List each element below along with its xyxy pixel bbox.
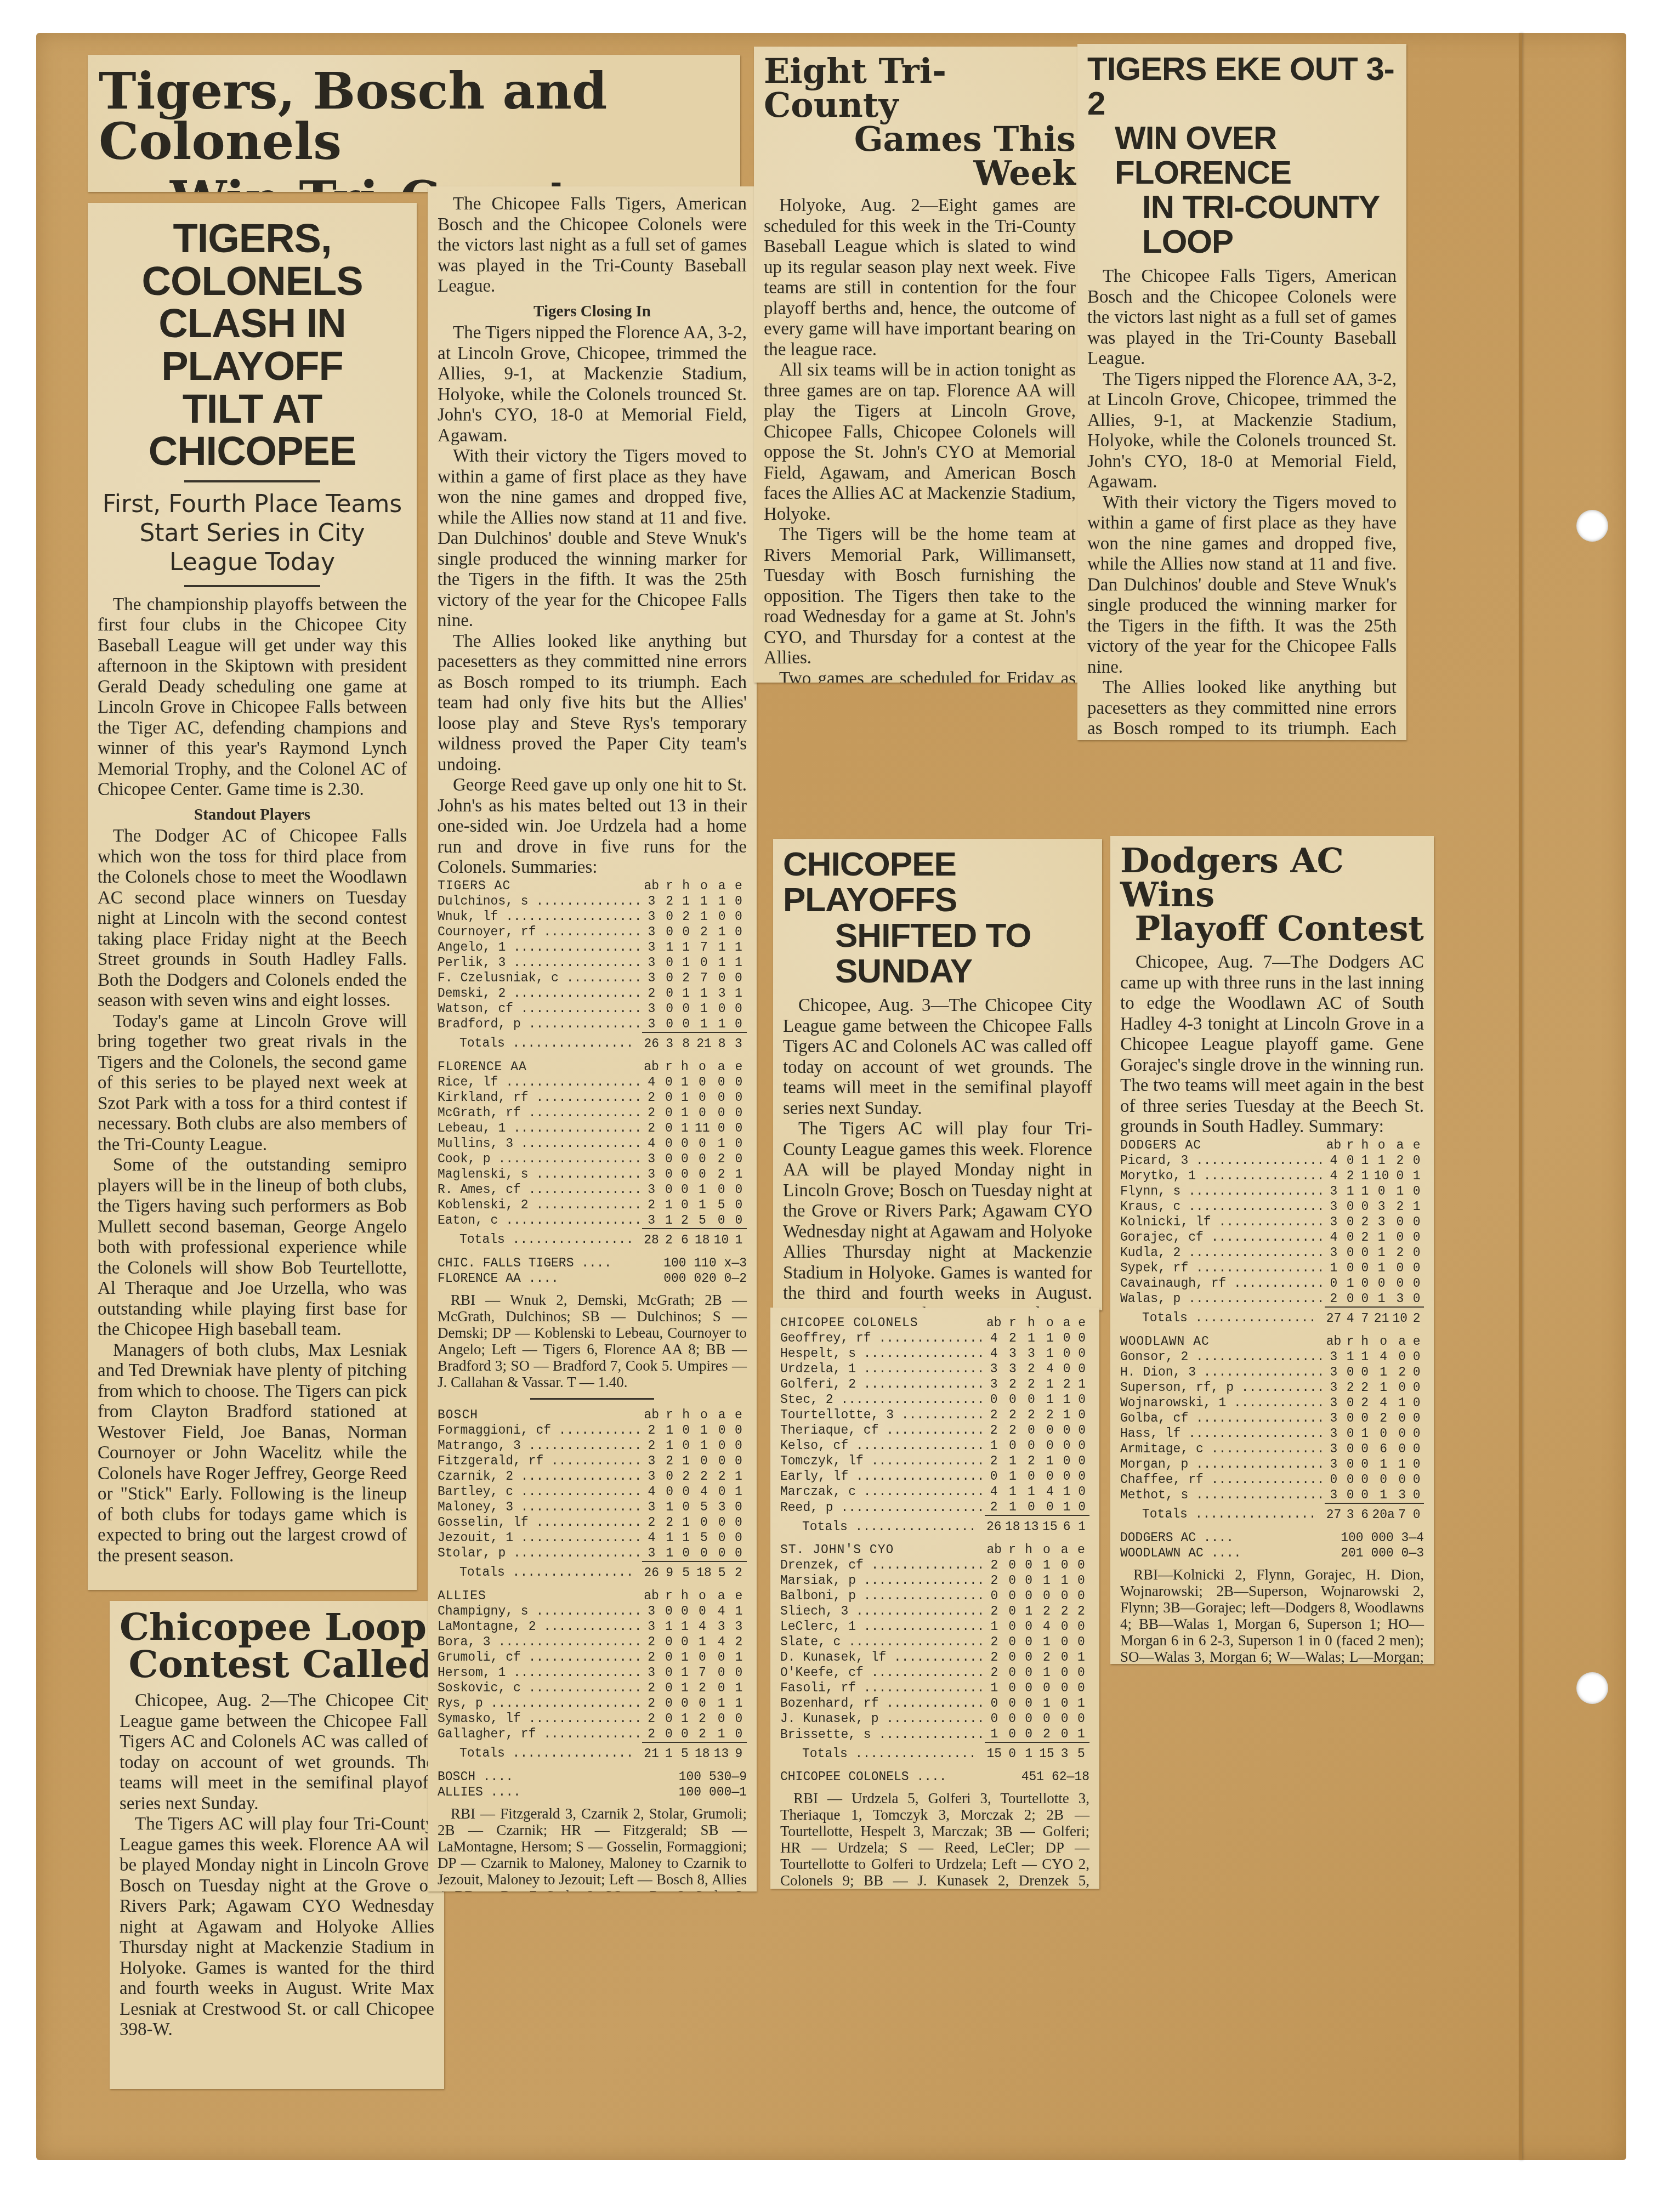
stat-value: 0 [1409, 1245, 1424, 1260]
paragraph: The Allies looked like anything but pace… [1087, 678, 1397, 740]
stat-value: 0 [661, 986, 678, 1001]
stat-value: 3 [1325, 1441, 1343, 1457]
stat-header: ab [1325, 1138, 1343, 1153]
player-row: Bradford, p ...............300110 [438, 1016, 747, 1032]
dodgers-headline-1: Dodgers AC Wins [1120, 844, 1424, 912]
stat-value: 2 [661, 1453, 678, 1469]
stat-value: 1 [1343, 1276, 1358, 1291]
line-score-team: CHIC. FALLS TIGERS .... [438, 1255, 611, 1271]
player-name: Armitage, c ............... [1120, 1441, 1325, 1457]
stat-header: a [1057, 1542, 1073, 1558]
stat-value: 0 [1074, 1499, 1089, 1515]
stat-value: 2 [985, 1407, 1003, 1423]
stat-value: 0 [712, 1711, 731, 1726]
stat-value: 0 [1409, 1184, 1424, 1199]
player-row: Sypek, rf .................100100 [1120, 1260, 1424, 1276]
player-name: F. Czelusniak, c .......... [438, 970, 642, 986]
player-row: Fasoli, rf ................100000 [780, 1680, 1089, 1696]
player-row: Rice, lf ..................401000 [438, 1075, 747, 1090]
stat-value: 0 [1057, 1665, 1073, 1680]
total-value: 27 [1325, 1503, 1343, 1522]
stat-value: 0 [1358, 1457, 1372, 1472]
stat-value: 1 [1059, 1392, 1074, 1407]
stat-value: 5 [694, 1499, 713, 1515]
stat-value: 0 [985, 1469, 1003, 1484]
player-row: Early, lf .................010000 [780, 1469, 1089, 1484]
stat-value: 1 [693, 1197, 712, 1213]
player-row: Fitzgerald, rf ............321000 [438, 1453, 747, 1469]
stat-value: 1 [1041, 1377, 1059, 1392]
stat-value: 0 [1409, 1291, 1424, 1307]
stat-value: 0 [985, 1588, 1004, 1604]
total-value: 10 [712, 1229, 731, 1248]
stat-value: 0 [1395, 1426, 1410, 1441]
stat-value: 0 [677, 1604, 693, 1619]
stat-value: 0 [714, 909, 730, 924]
stat-value: 2 [642, 1197, 661, 1213]
stat-value: 0 [1395, 1349, 1410, 1365]
player-row: Sliech, 3 .................201222 [780, 1604, 1089, 1619]
stat-value: 0 [1022, 1392, 1041, 1407]
stat-header: e [1409, 1334, 1424, 1349]
paragraph: Managers of both clubs, Max Lesniak and … [98, 1340, 407, 1567]
stat-value: 1 [661, 940, 678, 955]
stat-value: 2 [661, 894, 678, 909]
stat-value: 2 [985, 1423, 1003, 1438]
total-value: 6 [677, 1229, 693, 1248]
stat-header: o [1372, 1334, 1394, 1349]
stat-value: 4 [1372, 1395, 1394, 1411]
stat-value: 2 [1391, 1245, 1410, 1260]
player-name: Fitzgerald, rf ............ [438, 1453, 642, 1469]
stat-value: 7 [694, 970, 713, 986]
stat-value: 1 [731, 1650, 747, 1665]
stat-value: 0 [661, 1665, 677, 1680]
stat-value: 3 [642, 940, 661, 955]
stat-value: 0 [730, 1438, 747, 1453]
player-name: Bora, 3 ................... [438, 1634, 642, 1650]
stat-header: a [1059, 1315, 1074, 1331]
shifted-headline-1: CHICOPEE PLAYOFFS [783, 846, 1092, 918]
player-name: Maglenski, s .............. [438, 1167, 642, 1182]
stat-value: 0 [731, 1075, 747, 1090]
stat-value: 0 [1041, 1499, 1059, 1515]
stat-value: 1 [677, 1711, 693, 1726]
stat-value: 0 [1343, 1245, 1358, 1260]
player-name: LeClerc, 1 ................ [780, 1619, 985, 1634]
player-name: Flynn, s .................. [1120, 1184, 1325, 1199]
player-row: Champigny, s ..............300041 [438, 1604, 747, 1619]
stat-value: 0 [1073, 1558, 1089, 1573]
stat-value: 7 [694, 940, 713, 955]
stat-value: 1 [1372, 1153, 1391, 1168]
paragraph: With their victory the Tigers moved to w… [1087, 493, 1397, 678]
stat-value: 0 [661, 1711, 677, 1726]
stat-value: 0 [1391, 1214, 1410, 1230]
total-value: 0 [1409, 1503, 1424, 1522]
stat-value: 0 [1343, 1199, 1358, 1214]
stat-header: ab [642, 878, 661, 894]
stat-value: 1 [1372, 1260, 1391, 1276]
box-score-tigers-florence: TIGERS ACabrhoaeDulchinos, s ...........… [438, 878, 747, 1248]
player-row: Wnuk, lf ..................302100 [438, 909, 747, 924]
stat-value: 2 [1037, 1726, 1056, 1742]
stat-value: 2 [1358, 1380, 1372, 1395]
player-name: Theriaque, cf ............. [780, 1423, 985, 1438]
stat-value: 1 [693, 1182, 712, 1197]
stat-value: 1 [1003, 1453, 1022, 1469]
player-row: LaMontagne, 2 .............311433 [438, 1619, 747, 1634]
playoff-tilt-body: The championship playoffs between the fi… [98, 595, 407, 1567]
stat-value: 0 [985, 1711, 1004, 1726]
stat-value: 3 [642, 1182, 661, 1197]
paragraph: George Reed gave up only one hit to St. … [438, 775, 747, 878]
total-value: 5 [677, 1742, 693, 1762]
stat-value: 4 [1372, 1349, 1394, 1365]
player-name: Bartley, c ................ [438, 1484, 642, 1499]
stat-value: 2 [1358, 1230, 1372, 1245]
stat-value: 1 [1372, 1365, 1394, 1380]
team-name: WOODLAWN AC [1120, 1334, 1325, 1349]
stat-value: 6 [1372, 1441, 1394, 1457]
stat-value: 2 [985, 1650, 1004, 1665]
player-name: Superson, rf, p ........... [1120, 1380, 1325, 1395]
eke-out-headline-2: WIN OVER FLORENCE [1087, 121, 1397, 190]
stat-value: 0 [1358, 1276, 1372, 1291]
stat-value: 3 [642, 955, 661, 970]
playoff-tilt-headline-1: TIGERS, COLONELS [98, 217, 407, 302]
stat-value: 2 [1391, 1153, 1410, 1168]
stat-value: 1 [731, 1680, 747, 1696]
stat-value: 0 [1391, 1276, 1410, 1291]
stat-value: 1 [730, 955, 747, 970]
stat-value: 0 [1409, 1411, 1424, 1426]
stat-header: o [1372, 1138, 1391, 1153]
player-row: Cook, p ...................300020 [438, 1151, 747, 1167]
stat-value: 0 [677, 1696, 693, 1711]
player-name: Matrango, 3 ............... [438, 1438, 642, 1453]
stat-value: 1 [1037, 1696, 1056, 1711]
stat-value: 0 [1059, 1423, 1074, 1438]
stat-value: 0 [1358, 1245, 1372, 1260]
player-row: Kirkland, rf ..............201000 [438, 1090, 747, 1105]
player-row: Picard, 3 .................401120 [1120, 1153, 1424, 1168]
stat-value: 0 [1004, 1573, 1020, 1588]
player-name: Demski, 2 ................. [438, 986, 642, 1001]
stat-value: 1 [1391, 1184, 1410, 1199]
stat-value: 1 [1037, 1634, 1056, 1650]
stat-value: 2 [1343, 1168, 1358, 1184]
stat-value: 1 [730, 940, 747, 955]
stat-value: 1 [1395, 1457, 1410, 1472]
totals-label: Totals ................ [438, 1032, 642, 1052]
stat-value: 0 [714, 1001, 730, 1016]
player-row: O'Keefe, cf ...............200100 [780, 1665, 1089, 1680]
stat-value: 0 [661, 924, 678, 940]
stat-value: 2 [985, 1558, 1004, 1573]
stat-value: 0 [712, 1121, 731, 1136]
stat-header: e [1409, 1138, 1424, 1153]
stat-value: 0 [661, 1121, 677, 1136]
stat-value: 0 [1059, 1469, 1074, 1484]
line-score-row: ALLIES ....100 000—1 [438, 1785, 747, 1800]
stat-value: 0 [1073, 1573, 1089, 1588]
stat-value: 0 [1020, 1711, 1037, 1726]
stat-header: r [661, 1059, 677, 1075]
player-name: Sypek, rf ................. [1120, 1260, 1325, 1276]
total-value: 18 [1003, 1515, 1022, 1535]
stat-value: 4 [1325, 1168, 1343, 1184]
player-row: Morgan, p .................300110 [1120, 1457, 1424, 1472]
total-value: 26 [985, 1515, 1003, 1535]
stat-value: 0 [1074, 1484, 1089, 1499]
player-row: Morytko, 1 ................4211001 [1120, 1168, 1424, 1184]
stat-value: 3 [642, 1001, 661, 1016]
stat-value: 3 [1325, 1395, 1343, 1411]
player-name: Eaton, c .................. [438, 1213, 642, 1229]
stat-header: o [693, 1059, 712, 1075]
player-name: Jezouit, 1 ................ [438, 1530, 642, 1546]
totals-label: Totals ................ [438, 1561, 642, 1581]
stat-value: 0 [1409, 1276, 1424, 1291]
total-value: 10 [1391, 1307, 1410, 1326]
stat-value: 2 [1358, 1214, 1372, 1230]
stat-value: 0 [1020, 1680, 1037, 1696]
stat-header: o [694, 878, 713, 894]
stat-value: 0 [1020, 1573, 1037, 1588]
stat-value: 1 [678, 955, 694, 970]
stat-header: e [730, 878, 747, 894]
stat-value: 1 [1059, 1407, 1074, 1423]
stat-value: 0 [712, 1665, 731, 1680]
stat-value: 1 [677, 1105, 693, 1121]
total-value: 28 [642, 1229, 661, 1248]
total-value: 15 [985, 1742, 1004, 1762]
player-row: Maglenski, s ..............300021 [438, 1167, 747, 1182]
stat-value: 0 [1020, 1665, 1037, 1680]
stat-value: 0 [731, 1665, 747, 1680]
player-name: Hersom, 1 ................. [438, 1665, 642, 1680]
stat-value: 1 [694, 1016, 713, 1032]
stat-value: 3 [642, 1016, 661, 1032]
stat-value: 0 [1358, 1441, 1372, 1457]
stat-value: 1 [712, 1726, 731, 1742]
stat-value: 2 [693, 1726, 712, 1742]
line-score-colonels: CHICOPEE COLONELS ....451 62—18 [780, 1769, 1089, 1785]
stat-value: 0 [730, 1515, 747, 1530]
stat-value: 1 [731, 1167, 747, 1182]
stat-value: 2 [1325, 1291, 1343, 1307]
stat-value: 0 [1073, 1588, 1089, 1604]
player-row: Theriaque, cf .............220000 [780, 1423, 1089, 1438]
banner-headline-line1: Tigers, Bosch and Colonels [93, 66, 735, 167]
stat-value: 1 [1022, 1331, 1041, 1346]
stat-header: o [693, 1588, 712, 1604]
player-row: Perlik, 3 .................301011 [438, 955, 747, 970]
game-notes-dodgers: RBI—Kolnicki 2, Flynn, Gorajec, H. Dion,… [1120, 1566, 1424, 1664]
player-name: Cavainaugh, rf ............ [1120, 1276, 1325, 1291]
paragraph: The Tigers AC will play four Tri-County … [783, 1119, 1092, 1310]
stat-value: 1 [694, 986, 713, 1001]
player-row: F. Czelusniak, c ..........302700 [438, 970, 747, 986]
stat-value: 1 [661, 1423, 678, 1438]
player-row: LeClerc, 1 ................100400 [780, 1619, 1089, 1634]
stat-value: 0 [661, 1726, 677, 1742]
player-row: Tourtellotte, 3 ...........222210 [780, 1407, 1089, 1423]
player-row: Lebeau, 1 .................2011100 [438, 1121, 747, 1136]
stat-value: 3 [642, 1453, 661, 1469]
stat-header: ab [1325, 1334, 1343, 1349]
total-value: 8 [714, 1032, 730, 1052]
stat-value: 0 [1391, 1260, 1410, 1276]
stat-value: 1 [1372, 1291, 1391, 1307]
player-name: Hespelt, s ................ [780, 1346, 985, 1361]
stat-value: 1 [714, 940, 730, 955]
stat-value: 0 [1409, 1260, 1424, 1276]
total-value: 15 [1041, 1515, 1059, 1535]
player-row: Stec, 2 ...................000110 [780, 1392, 1089, 1407]
player-name: Gallagher, rf ............. [438, 1726, 642, 1742]
stat-value: 0 [678, 1016, 694, 1032]
stat-value: 0 [1358, 1411, 1372, 1426]
total-value: 15 [1037, 1742, 1056, 1762]
stat-value: 1 [661, 1197, 677, 1213]
stat-value: 0 [1057, 1711, 1073, 1726]
box-score-table: ST. JOHN'S CYOabrhoaeDrenzek, cf .......… [780, 1542, 1089, 1762]
stat-value: 0 [1391, 1230, 1410, 1245]
box-score-table: TIGERS ACabrhoaeDulchinos, s ...........… [438, 878, 747, 1052]
stat-value: 0 [1409, 1349, 1424, 1365]
stat-value: 2 [731, 1634, 747, 1650]
stat-value: 1 [1372, 1230, 1391, 1245]
stat-value: 0 [730, 924, 747, 940]
stat-value: 0 [661, 1484, 678, 1499]
player-row: Formaggioni, cf ...........210100 [438, 1423, 747, 1438]
stat-value: 1 [714, 1016, 730, 1032]
stat-value: 0 [1325, 1472, 1343, 1487]
stat-value: 0 [661, 909, 678, 924]
player-name: R. Ames, cf ............... [438, 1182, 642, 1197]
player-name: Czarnik, 2 ................ [438, 1469, 642, 1484]
player-name: Dulchinos, s .............. [438, 894, 642, 909]
stat-value: 0 [1073, 1711, 1089, 1726]
stat-header: h [677, 1588, 693, 1604]
player-name: Champigny, s .............. [438, 1604, 642, 1619]
player-name: Early, lf ................. [780, 1469, 985, 1484]
stat-value: 0 [731, 1197, 747, 1213]
player-name: Golba, cf ................. [1120, 1411, 1325, 1426]
stat-value: 0 [1041, 1438, 1059, 1453]
stat-header: o [694, 1407, 713, 1423]
eight-games-body: Holyoke, Aug. 2—Eight games are schedule… [764, 196, 1076, 683]
stat-header: a [712, 1059, 731, 1075]
player-row: Cournoyer, rf .............300210 [438, 924, 747, 940]
stat-header: e [730, 1407, 747, 1423]
total-value: 5 [714, 1561, 730, 1581]
shifted-body: Chicopee, Aug. 3—The Chicopee City Leagu… [783, 996, 1092, 1310]
stat-value: 0 [1358, 1199, 1372, 1214]
player-row: Superson, rf, p ...........322100 [1120, 1380, 1424, 1395]
stat-value: 0 [1409, 1365, 1424, 1380]
player-name: Balboni, p ................ [780, 1588, 985, 1604]
stat-value: 0 [712, 1090, 731, 1105]
notes-text: RBI — Urdzela 5, Golferi 3, Tourtellotte… [780, 1790, 1089, 1889]
stat-header: ab [985, 1315, 1003, 1331]
stat-value: 0 [1074, 1453, 1089, 1469]
stat-header: e [731, 1059, 747, 1075]
total-value: 2 [661, 1229, 677, 1248]
player-name: Wnuk, lf .................. [438, 909, 642, 924]
stat-value: 1 [1358, 1153, 1372, 1168]
total-value: 9 [661, 1561, 678, 1581]
stat-value: 1 [1059, 1484, 1074, 1499]
player-row: Bora, 3 ...................200142 [438, 1634, 747, 1650]
stat-value: 2 [694, 1469, 713, 1484]
stat-value: 0 [1020, 1588, 1037, 1604]
stat-value: 3 [1325, 1365, 1343, 1380]
stat-value: 3 [1325, 1184, 1343, 1199]
player-row: Drenzek, cf ...............200100 [780, 1558, 1089, 1573]
stat-value: 1 [661, 1213, 677, 1229]
stat-value: 1 [1343, 1184, 1358, 1199]
stat-value: 0 [677, 1136, 693, 1151]
player-row: Methot, s .................300130 [1120, 1487, 1424, 1503]
box-score-table: CHICOPEE COLONELSabrhoaeGeoffrey, rf ...… [780, 1315, 1089, 1535]
stat-value: 0 [714, 1530, 730, 1546]
player-row: R. Ames, cf ...............300100 [438, 1182, 747, 1197]
stat-value: 0 [1074, 1438, 1089, 1453]
game-notes-bosch-allies: RBI — Fitzgerald 3, Czarnik 2, Stolar, G… [438, 1805, 747, 1892]
stat-value: 0 [1343, 1260, 1358, 1276]
stat-value: 1 [1409, 1168, 1424, 1184]
total-value: 6 [1059, 1515, 1074, 1535]
player-name: Morgan, p ................. [1120, 1457, 1325, 1472]
stat-value: 2 [1003, 1423, 1022, 1438]
stat-value: 0 [1059, 1346, 1074, 1361]
stat-value: 3 [642, 1151, 661, 1167]
stat-value: 1 [1037, 1573, 1056, 1588]
stat-value: 2 [642, 1634, 661, 1650]
stat-value: 2 [642, 1090, 661, 1105]
line-score-row: CHIC. FALLS TIGERS ....100 110 x—3 [438, 1255, 747, 1271]
stat-value: 3 [985, 1377, 1003, 1392]
player-row: Koblenski, 2 ..............210150 [438, 1197, 747, 1213]
player-row: Gosselin, lf ..............221000 [438, 1515, 747, 1530]
team-name: ST. JOHN'S CYO [780, 1542, 985, 1558]
stat-value: 0 [1358, 1291, 1372, 1307]
stat-value: 0 [730, 970, 747, 986]
stat-header: r [661, 1407, 678, 1423]
total-value: 1 [1074, 1515, 1089, 1535]
stat-value: 5 [693, 1213, 712, 1229]
notes-text: RBI — Fitzgerald 3, Czarnik 2, Stolar, G… [438, 1805, 747, 1892]
stat-value: 0 [1358, 1260, 1372, 1276]
page-binding-fold [1519, 33, 1522, 2160]
stat-value: 0 [1073, 1665, 1089, 1680]
stat-value: 0 [661, 1090, 677, 1105]
stat-value: 3 [642, 1604, 661, 1619]
stat-header: h [1022, 1315, 1041, 1331]
stat-value: 1 [677, 1090, 693, 1105]
stat-value: 0 [1343, 1214, 1358, 1230]
stat-value: 2 [642, 1696, 661, 1711]
stat-value: 0 [731, 1726, 747, 1742]
player-name: Kraus, c .................. [1120, 1199, 1325, 1214]
stat-value: 2 [1003, 1377, 1022, 1392]
stat-value: 2 [642, 1105, 661, 1121]
total-value: 7 [1358, 1307, 1372, 1326]
stat-value: 0 [1343, 1487, 1358, 1503]
